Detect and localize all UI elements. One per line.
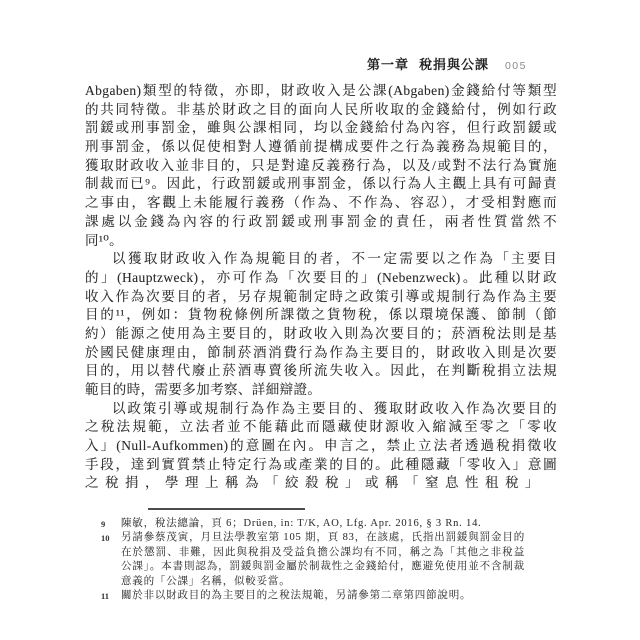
body-line: 的共同特徵。非基於財政之目的面向人民所收取的金錢給付，例如行政 [85, 101, 557, 120]
body-line: 範目的時，需要多加考察、詳細辯證。 [85, 381, 557, 400]
footnote-10: 10 另請參蔡茂寅，月旦法學教室第 105 期，頁 83，在該處，氏指出罰鍰與罰… [101, 531, 525, 589]
footnote-line: 關於非以財政目的為主要目的之稅法規範，另請參第二章第四節說明。 [121, 589, 525, 603]
footnote-separator [148, 508, 305, 510]
footnotes: 9 陳敏，稅法總論，頁 6；Drüen, in: T/K, AO, Lfg. A… [101, 517, 525, 603]
body-line: 同¹⁰。 [85, 232, 557, 251]
footnote-9: 9 陳敏，稅法總論，頁 6；Drüen, in: T/K, AO, Lfg. A… [101, 517, 525, 531]
footnote-body: 關於非以財政目的為主要目的之稅法規範，另請參第二章第四節說明。 [121, 589, 525, 603]
body-line: 之稅法規範，立法者並不能藉此而隱藏使財源收入縮減至零之「零收 [85, 418, 557, 437]
footnote-line: 陳敏，稅法總論，頁 6；Drüen, in: T/K, AO, Lfg. Apr… [121, 517, 525, 531]
body-line: 目的，用以替代廢止菸酒專賣後所流失收入。因此，在判斷稅捐立法規 [85, 362, 557, 381]
body-line: 入」(Null-Aufkommen)的意圖在內。申言之，禁止立法者透過稅捐徵收 [85, 437, 557, 456]
body-line: 之稅捐，學理上稱為「絞殺稅」或稱「窒息性租稅」 [85, 474, 557, 493]
footnote-marker: 9 [101, 517, 121, 531]
body-line: 於國民健康理由，節制菸酒消費行為作為主要目的，財政收入則是次要 [85, 344, 557, 363]
body-line: 收入作為次要目的者，另存規範制定時之政策引導或規制行為作為主要 [85, 288, 557, 307]
body-line: 罰鍰或刑事罰金，雖與公課相同，均以金錢給付為內容，但行政罰鍰或 [85, 119, 557, 138]
body-line: 以獲取財政收入作為規範目的者，不一定需要以之作為「主要目 [85, 250, 557, 269]
body-line: 約）能源之使用為主要目的，財政收入則為次要目的；菸酒稅法則是基 [85, 325, 557, 344]
body-line: 手段，達到實質禁止特定行為或產業的目的。此種隱藏「零收入」意圖 [85, 456, 557, 475]
footnote-marker: 11 [101, 589, 121, 603]
book-page: 第一章 稅捐與公課 005 Abgaben)類型的特徵，亦即，財政收入是公課(A… [0, 0, 640, 640]
body-line: 之事由，客觀上未能履行義務（作為、不作為、容忍），才受相對應而 [85, 194, 557, 213]
body-line: Abgaben)類型的特徵，亦即，財政收入是公課(Abgaben)金錢給付等類型 [85, 82, 557, 101]
body-line: 目的¹¹，例如：貨物稅條例所課徵之貨物稅，係以環境保護、節制（節 [85, 306, 557, 325]
footnote-line: 在於懲罰、非難，因此與稅捐及受益負擔公課均有不同，稱之為「其他之非稅益 [121, 546, 525, 560]
body-line: 制裁而已⁹。因此，行政罰鍰或刑事罰金，係以行為人主觀上具有可歸責 [85, 175, 557, 194]
chapter-title: 稅捐與公課 [419, 54, 489, 73]
footnote-marker: 10 [101, 531, 121, 545]
footnote-body: 另請參蔡茂寅，月旦法學教室第 105 期，頁 83，在該處，氏指出罰鍰與罰金目的… [121, 531, 525, 589]
footnote-line: 另請參蔡茂寅，月旦法學教室第 105 期，頁 83，在該處，氏指出罰鍰與罰金目的 [121, 531, 525, 545]
body-line: 以政策引導或規制行為作為主要目的、獲取財政收入作為次要目的 [85, 400, 557, 419]
body-text: Abgaben)類型的特徵，亦即，財政收入是公課(Abgaben)金錢給付等類型… [85, 82, 557, 493]
body-line: 課處以金錢為內容的行政罰鍰或刑事罰金的責任，兩者性質當然不 [85, 213, 557, 232]
body-line: 刑事罰金，係以促使相對人遵循前提構成要件之行為義務為規範目的， [85, 138, 557, 157]
footnote-11: 11 關於非以財政目的為主要目的之稅法規範，另請參第二章第四節說明。 [101, 589, 525, 603]
running-header: 第一章 稅捐與公課 005 [0, 54, 527, 73]
body-line: 獲取財政收入並非目的，只是對違反義務行為，以及/或對不法行為實施 [85, 157, 557, 176]
footnote-line: 意義的「公課」名稱，似較妥當。 [121, 575, 525, 589]
footnote-body: 陳敏，稅法總論，頁 6；Drüen, in: T/K, AO, Lfg. Apr… [121, 517, 525, 531]
chapter-label: 第一章 [367, 54, 409, 73]
footnote-line: 公課」。本書則認為，罰鍰與罰金屬於制裁性之金錢給付，應避免使用並不含制裁 [121, 560, 525, 574]
page-number: 005 [505, 60, 527, 72]
body-line: 的」(Hauptzweck)，亦可作為「次要目的」(Nebenzweck)。此種… [85, 269, 557, 288]
